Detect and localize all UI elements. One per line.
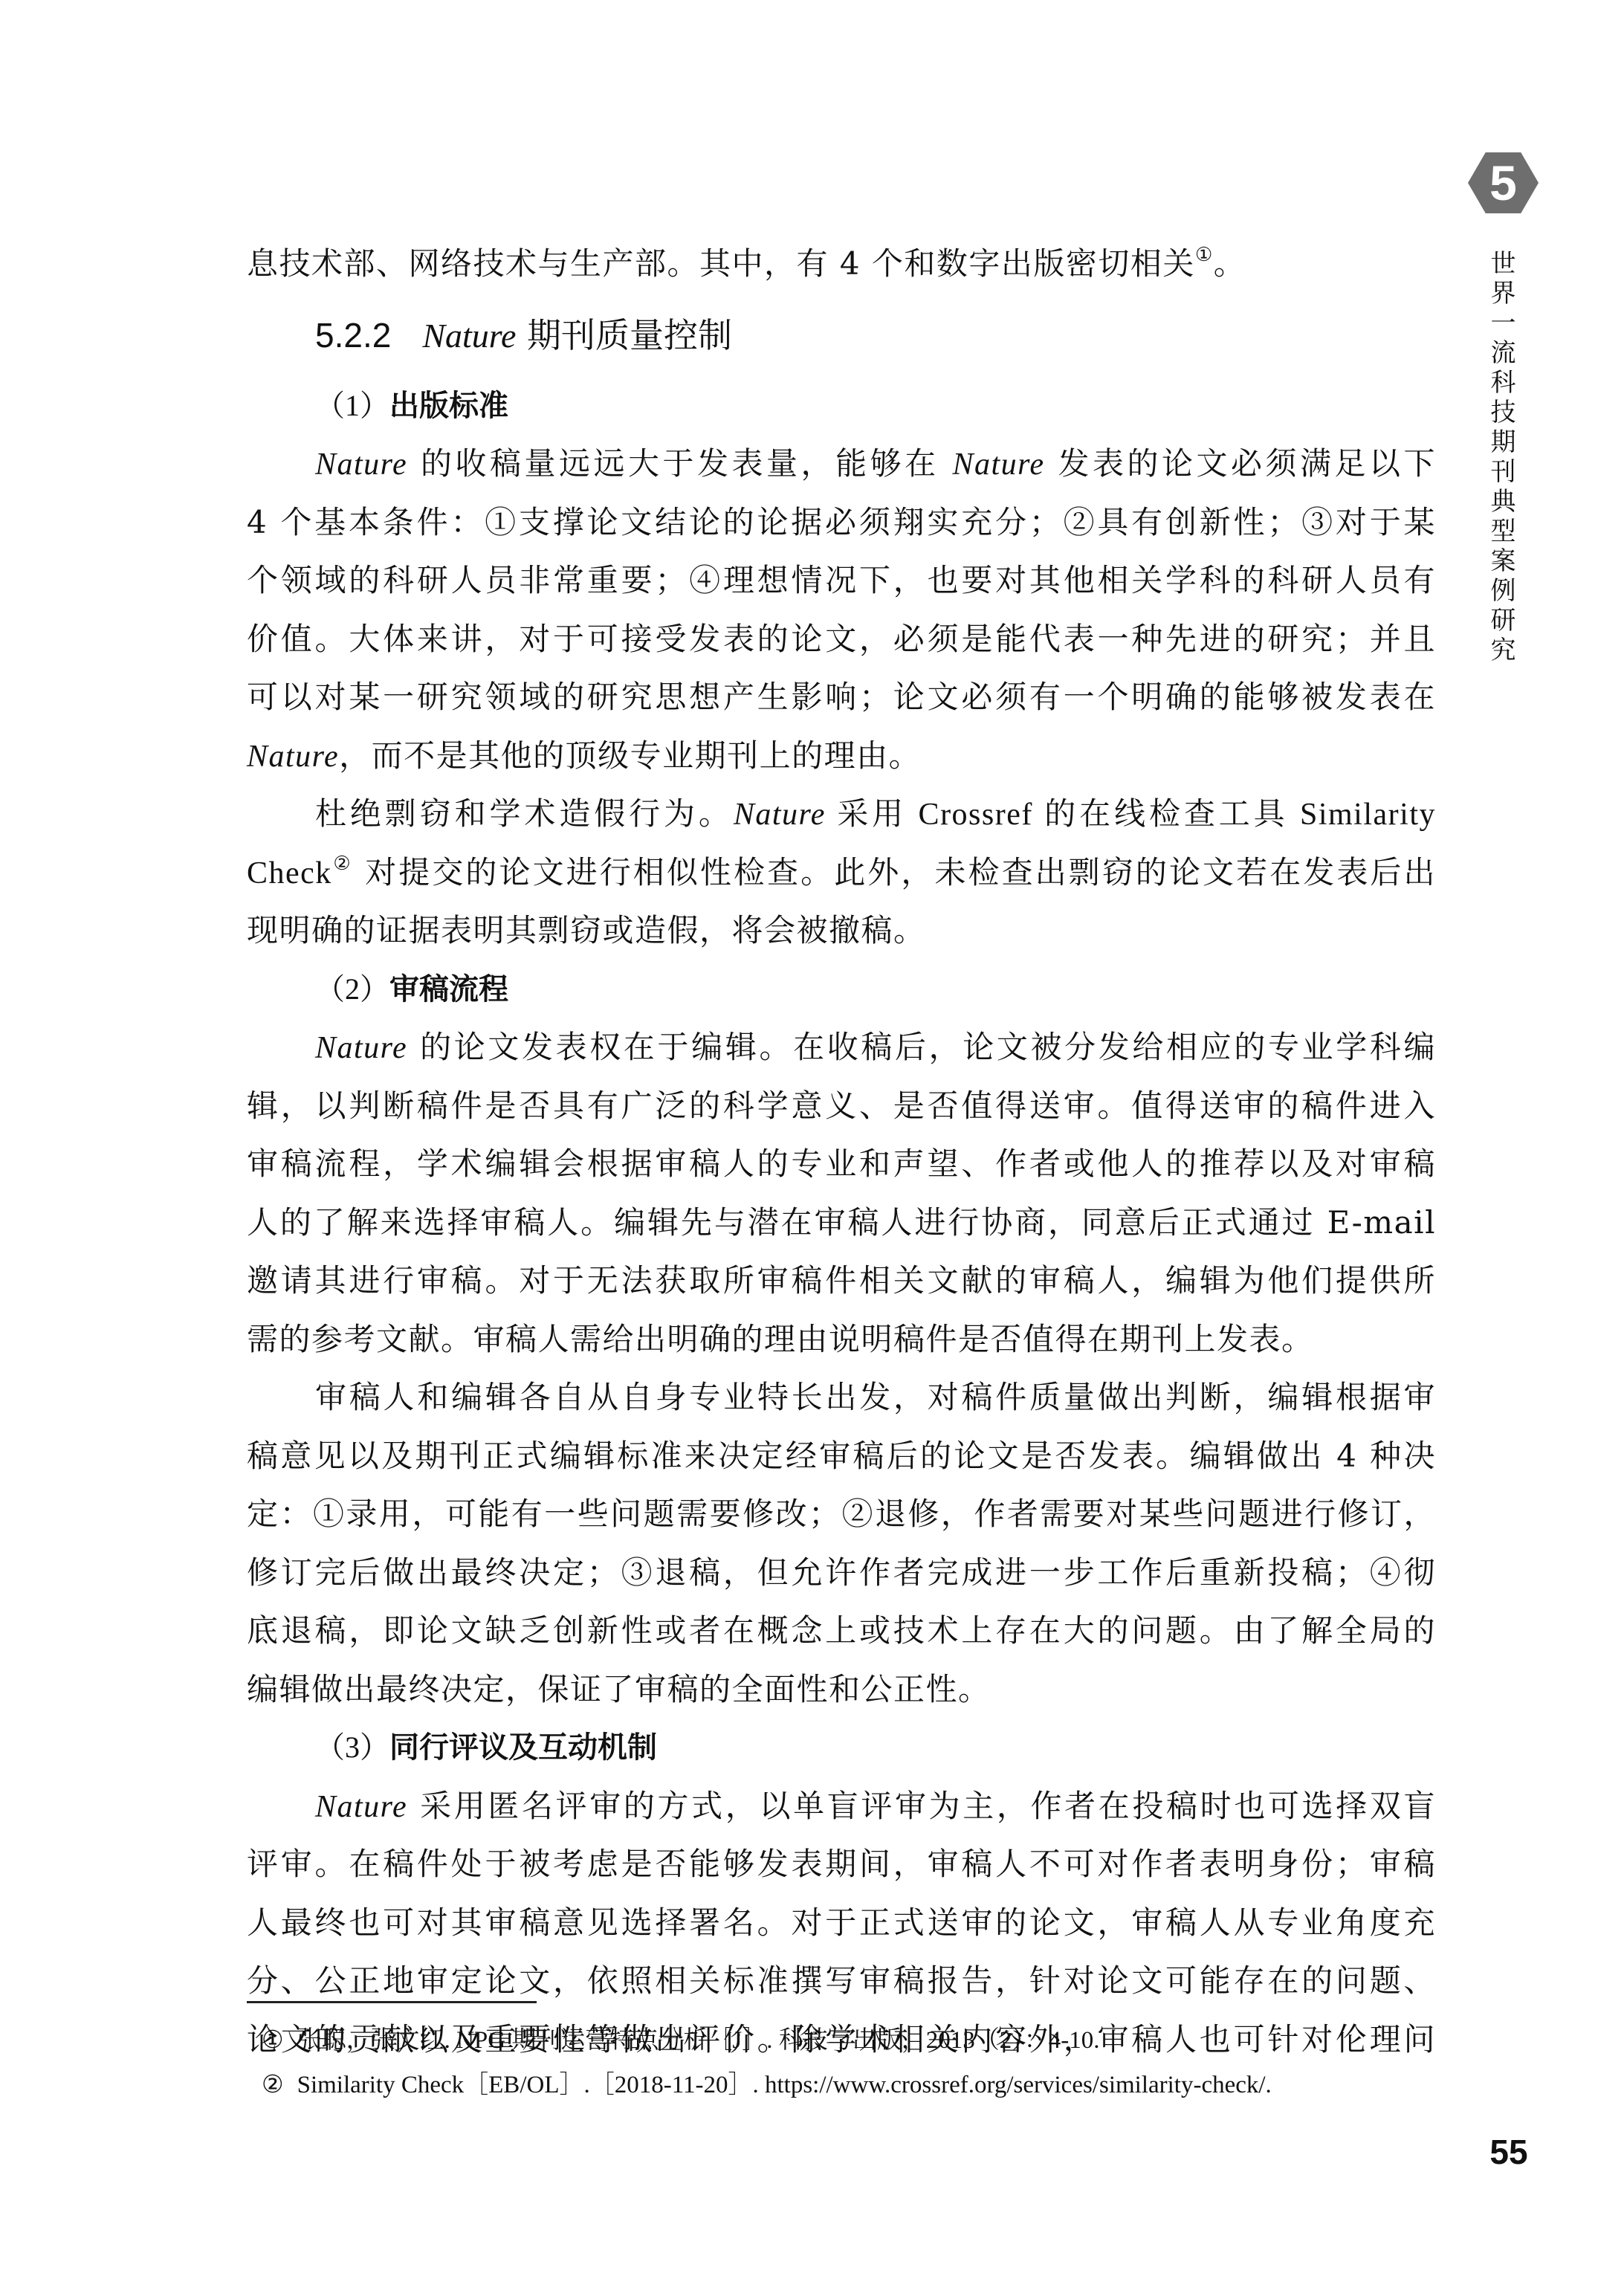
text: Nature <box>247 740 339 774</box>
title-char: 典 <box>1468 487 1539 517</box>
body-line: 需的参考文献。审稿人需给出明确的理由说明稿件是否值得在期刊上发表。 <box>247 1310 1436 1369</box>
section-heading: 5.2.2Nature 期刊质量控制 <box>247 294 1436 377</box>
body-line: 辑，以判断稿件是否具有广泛的科学意义、是否值得送审。值得送审的稿件进入 <box>247 1077 1436 1136</box>
text: 。 <box>1214 245 1246 282</box>
text: 杜绝剽窃和学术造假行为。 <box>315 795 734 832</box>
body-line: Nature 的论文发表权在于编辑。在收稿后，论文被分发给相应的专业学科编 <box>247 1018 1436 1077</box>
subheading-label: 审稿流程 <box>389 972 508 1006</box>
body-line: 定：①录用，可能有一些问题需要修改；②退修，作者需要对某些问题进行修订， <box>247 1485 1436 1544</box>
title-char: 案 <box>1468 546 1539 576</box>
text: 发表的论文必须满足以下 <box>1045 445 1436 482</box>
subheading-number: （1） <box>315 389 389 422</box>
body-line: 修订完后做出最终决定；③退稿，但允许作者完成进一步工作后重新投稿；④彻 <box>247 1544 1436 1603</box>
text: 息技术部、网络技术与生产部。其中，有 4 个和数字出版密切相关 <box>247 245 1195 282</box>
subheading-label: 出版标准 <box>389 389 508 423</box>
section-title-italic: Nature <box>422 317 516 355</box>
section-title: 期刊质量控制 <box>516 315 732 355</box>
footnote-text: 张聪，张文红. NPG 期刊运营特点分析［J］. 科技与出版，2013（2）：4… <box>297 2027 1100 2054</box>
title-char: 刊 <box>1468 457 1539 487</box>
chapter-number: 5 <box>1489 155 1517 211</box>
paragraph-review-process: Nature 的论文发表权在于编辑。在收稿后，论文被分发给相应的专业学科编 辑，… <box>247 1018 1436 1368</box>
text: ，而不是其他的顶级专业期刊上的理由。 <box>339 737 921 774</box>
paragraph-publication-standards: Nature 的收稿量远远大于发表量，能够在 Nature 发表的论文必须满足以… <box>247 435 1436 785</box>
body-line: 邀请其进行审稿。对于无法获取所审稿件相关文献的审稿人，编辑为他们提供所 <box>247 1252 1436 1310</box>
text: 采用 Crossref 的在线检查工具 Similarity <box>826 798 1436 832</box>
subheading-2: （2）审稿流程 <box>247 960 1436 1019</box>
chapter-side-tab: 5 世 界 一 流 科 技 期 刊 典 型 案 例 研 究 <box>1468 152 1539 665</box>
title-char: 流 <box>1468 338 1539 368</box>
title-char: 究 <box>1468 636 1539 665</box>
body-line: 息技术部、网络技术与生产部。其中，有 4 个和数字出版密切相关①。 <box>247 235 1436 294</box>
body-line: 可以对某一研究领域的研究思想产生影响；论文必须有一个明确的能够被发表在 <box>247 668 1436 727</box>
paragraph-editor-decisions: 审稿人和编辑各自从自身专业特长出发，对稿件质量做出判断，编辑根据审 稿意见以及期… <box>247 1368 1436 1719</box>
body-line: 人最终也可对其审稿意见选择署名。对于正式送审的论文，审稿人从专业角度充 <box>247 1894 1436 1953</box>
body-line: 审稿流程，学术编辑会根据审稿人的专业和声望、作者或他人的推荐以及对审稿 <box>247 1135 1436 1194</box>
page-body: 息技术部、网络技术与生产部。其中，有 4 个和数字出版密切相关①。 5.2.2N… <box>247 235 1436 2069</box>
body-line: Nature，而不是其他的顶级专业期刊上的理由。 <box>247 727 1436 786</box>
title-char: 例 <box>1468 576 1539 606</box>
text: 的论文发表权在于编辑。在收稿后，论文被分发给相应的专业学科编 <box>407 1029 1436 1065</box>
footnote-ref-2[interactable]: ② <box>332 853 353 875</box>
text: Check <box>247 856 332 891</box>
title-char: 世 <box>1468 249 1539 279</box>
title-char: 界 <box>1468 279 1539 308</box>
body-line: 个领域的科研人员非常重要；④理想情况下，也要对其他相关学科的科研人员有 <box>247 552 1436 610</box>
footnote-1: ①张聪，张文红. NPG 期刊运营特点分析［J］. 科技与出版，2013（2）：… <box>262 2018 1451 2063</box>
chapter-running-title: 世 界 一 流 科 技 期 刊 典 型 案 例 研 究 <box>1468 249 1539 665</box>
body-line: 底退稿，即论文缺乏创新性或者在概念上或技术上存在大的问题。由了解全局的 <box>247 1602 1436 1661</box>
footnote-text[interactable]: Similarity Check［EB/OL］.［2018-11-20］. ht… <box>297 2072 1272 2098</box>
footnote-2: ②Similarity Check［EB/OL］.［2018-11-20］. h… <box>262 2063 1451 2107</box>
text: Nature <box>315 1031 407 1065</box>
body-line: 4 个基本条件：①支撑论文结论的论据必须翔实充分；②具有创新性；③对于某 <box>247 494 1436 552</box>
section-number: 5.2.2 <box>315 316 391 355</box>
paragraph-plagiarism: 杜绝剽窃和学术造假行为。Nature 采用 Crossref 的在线检查工具 S… <box>247 785 1436 960</box>
footnote-ref-1[interactable]: ① <box>1195 244 1214 266</box>
text: Nature <box>315 1790 407 1824</box>
title-char: 科 <box>1468 368 1539 398</box>
footnote-mark: ① <box>262 2027 284 2054</box>
title-char: 技 <box>1468 398 1539 427</box>
body-line: Nature 的收稿量远远大于发表量，能够在 Nature 发表的论文必须满足以… <box>247 435 1436 494</box>
body-line: 审稿人和编辑各自从自身专业特长出发，对稿件质量做出判断，编辑根据审 <box>247 1368 1436 1427</box>
body-line: 杜绝剽窃和学术造假行为。Nature 采用 Crossref 的在线检查工具 S… <box>247 785 1436 844</box>
title-char: 型 <box>1468 517 1539 546</box>
title-char: 研 <box>1468 606 1539 636</box>
title-char: 期 <box>1468 427 1539 457</box>
footnotes: ①张聪，张文红. NPG 期刊运营特点分析［J］. 科技与出版，2013（2）：… <box>262 2018 1451 2107</box>
text: Nature <box>315 447 407 482</box>
body-line: 人的了解来选择审稿人。编辑先与潜在审稿人进行协商，同意后正式通过 E-mail <box>247 1194 1436 1252</box>
body-line: 现明确的证据表明其剽窃或造假，将会被撤稿。 <box>247 902 1436 960</box>
body-line: 价值。大体来讲，对于可接受发表的论文，必须是能代表一种先进的研究；并且 <box>247 610 1436 669</box>
text: 对提交的论文进行相似性检查。此外，未检查出剽窃的论文若在发表后出 <box>353 854 1436 891</box>
body-line: Check② 对提交的论文进行相似性检查。此外，未检查出剽窃的论文若在发表后出 <box>247 844 1436 902</box>
text: 的收稿量远远大于发表量，能够在 <box>407 445 952 482</box>
subheading-number: （2） <box>315 972 389 1006</box>
page-number: 55 <box>1479 2132 1539 2172</box>
text: Nature <box>734 798 826 832</box>
subheading-label: 同行评议及互动机制 <box>389 1730 657 1765</box>
subheading-3: （3）同行评议及互动机制 <box>247 1719 1436 1777</box>
body-line: 评审。在稿件处于被考虑是否能够发表期间，审稿人不可对作者表明身份；审稿 <box>247 1835 1436 1894</box>
subheading-number: （3） <box>315 1730 389 1764</box>
subheading-1: （1）出版标准 <box>247 377 1436 436</box>
body-line: 编辑做出最终决定，保证了审稿的全面性和公正性。 <box>247 1661 1436 1719</box>
footnote-divider <box>247 2001 537 2003</box>
footnote-mark: ② <box>262 2072 284 2098</box>
chapter-number-hexagon-icon: 5 <box>1468 152 1539 213</box>
title-char: 一 <box>1468 308 1539 338</box>
body-line: Nature 采用匿名评审的方式，以单盲评审为主，作者在投稿时也可选择双盲 <box>247 1777 1436 1836</box>
text: 采用匿名评审的方式，以单盲评审为主，作者在投稿时也可选择双盲 <box>407 1788 1436 1824</box>
body-line: 稿意见以及期刊正式编辑标准来决定经审稿后的论文是否发表。编辑做出 4 种决 <box>247 1427 1436 1486</box>
text: Nature <box>952 447 1044 482</box>
